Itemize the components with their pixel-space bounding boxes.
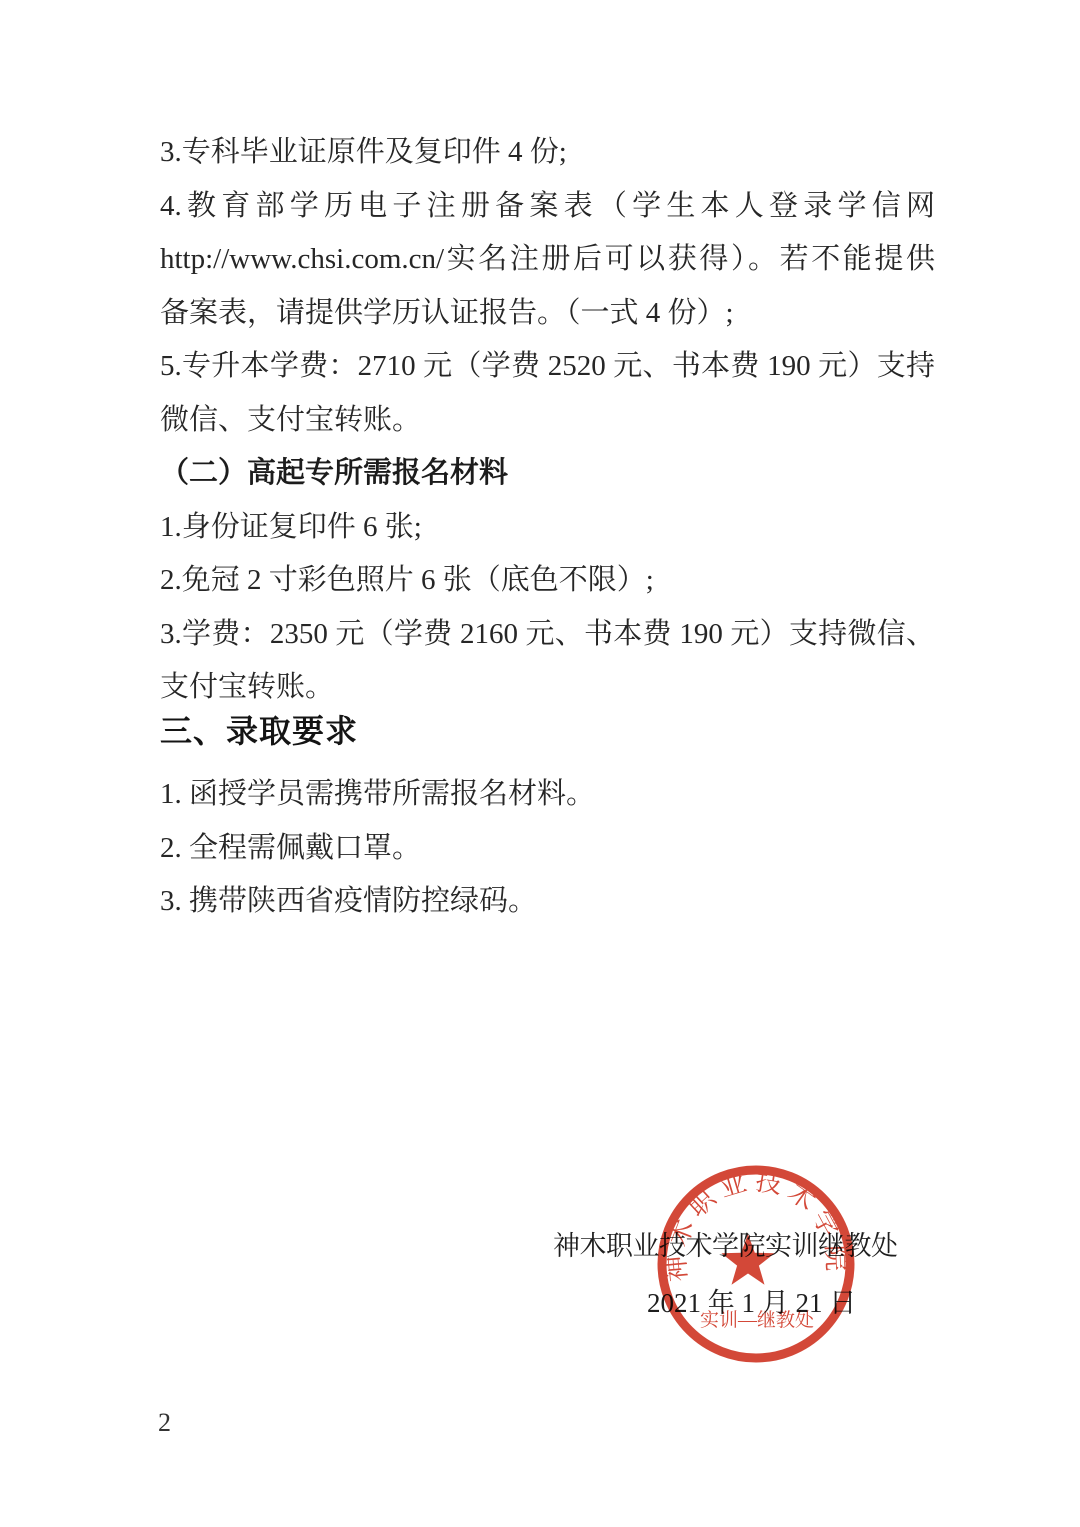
seal-star-icon (721, 1234, 774, 1285)
document-line: 2. 全程需佩戴口罩。 (160, 819, 935, 873)
document-line: 3.专科毕业证原件及复印件 4 份; (160, 123, 935, 177)
document-page: 3.专科毕业证原件及复印件 4 份;4.教育部学历电子注册备案表（学生本人登录学… (0, 0, 1080, 1527)
seal-banner-text: 实训—继教处 (700, 1309, 814, 1331)
official-seal-stamp: 神木职业技术学院 实训—继教处 (653, 1160, 861, 1368)
page-number: 2 (158, 1408, 171, 1438)
document-line: 3. 携带陕西省疫情防控绿码。 (160, 872, 935, 926)
document-line: （二）高起专所需报名材料 (160, 444, 935, 498)
document-line: 备案表，请提供学历认证报告。（一式 4 份）; (160, 284, 935, 338)
document-line: http://www.chsi.com.cn/实名注册后可以获得）。若不能提供 (160, 230, 935, 284)
document-line: 4.教育部学历电子注册备案表（学生本人登录学信网 (160, 177, 935, 231)
document-line: 2.免冠 2 寸彩色照片 6 张（底色不限）; (160, 551, 935, 605)
document-line: 三、录取要求 (160, 703, 935, 757)
document-line: 5.专升本学费：2710 元（学费 2520 元、书本费 190 元）支持 (160, 337, 935, 391)
document-line: 3.学费：2350 元（学费 2160 元、书本费 190 元）支持微信、 (160, 605, 935, 659)
document-line: 1.身份证复印件 6 张; (160, 498, 935, 552)
document-line: 微信、支付宝转账。 (160, 391, 935, 445)
document-line: 1. 函授学员需携带所需报名材料。 (160, 765, 935, 819)
document-body: 3.专科毕业证原件及复印件 4 份;4.教育部学历电子注册备案表（学生本人登录学… (160, 123, 935, 926)
